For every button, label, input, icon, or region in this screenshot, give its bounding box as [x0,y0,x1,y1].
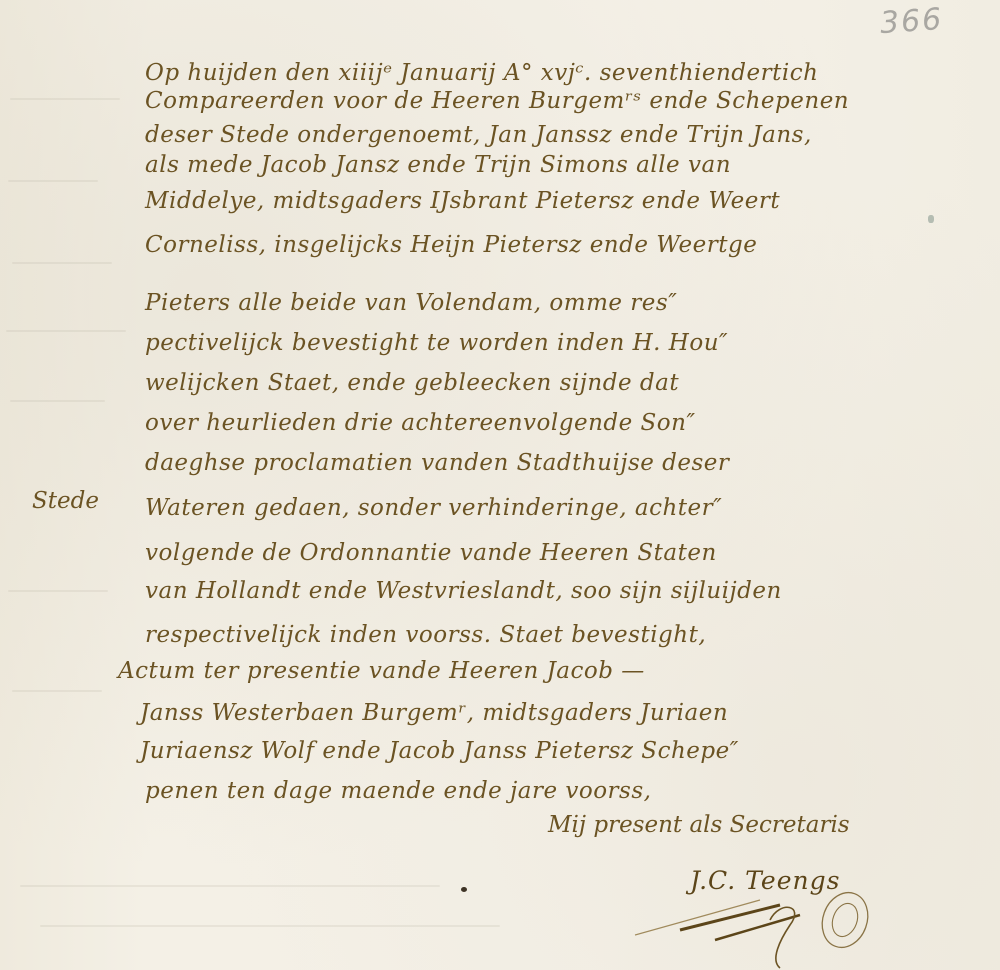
manuscript-line: Actum ter presentie vande Heeren Jacob — [118,658,645,684]
manuscript-page: 366 Stede Op huijden den xiiijᵉ Januarij… [0,0,1000,970]
paper-bleed-through [10,98,120,100]
manuscript-line: Corneliss, insgelijcks Heijn Pietersz en… [145,232,757,258]
paper-bleed-through [20,885,440,887]
paper-bleed-through [8,180,98,182]
manuscript-line: Compareerden voor de Heeren Burgemʳˢ end… [145,88,849,114]
manuscript-line: Pieters alle beide van Volendam, omme re… [145,290,677,316]
manuscript-line: pectivelijck bevestight te worden inden … [145,330,728,356]
manuscript-line: Wateren gedaen, sonder verhinderinge, ac… [145,495,722,521]
manuscript-line: volgende de Ordonnantie vande Heeren Sta… [145,540,717,566]
closing-attestation: Mij present als Secretaris [548,812,850,838]
manuscript-line: Op huijden den xiiijᵉ Januarij A° xvjᶜ. … [145,60,818,86]
manuscript-line: deser Stede ondergenoemt, Jan Janssz end… [145,122,812,148]
manuscript-line: van Hollandt ende Westvrieslandt, soo si… [145,578,782,604]
manuscript-line: penen ten dage maende ende jare voorss, [145,778,651,804]
manuscript-line: Juriaensz Wolf ende Jacob Janss Pietersz… [140,738,739,764]
manuscript-line: als mede Jacob Jansz ende Trijn Simons a… [145,152,731,178]
manuscript-line: over heurlieden drie achtereenvolgende S… [145,410,696,436]
paper-bleed-through [12,262,112,264]
margin-note: Stede [32,488,99,514]
paper-bleed-through [6,330,126,332]
paper-bleed-through [12,690,102,692]
paper-stain [928,215,934,223]
ink-blot [461,887,467,892]
manuscript-line: welijcken Staet, ende gebleecken sijnde … [145,370,679,396]
paper-bleed-through [40,925,500,927]
manuscript-line: respectivelijck inden voorss. Staet beve… [145,622,706,648]
signature-flourish-icon [630,880,890,970]
manuscript-line: daeghse proclamatien vanden Stadthuijse … [145,450,729,476]
manuscript-line: Janss Westerbaen Burgemʳ, midtsgaders Ju… [140,700,728,726]
manuscript-line: Middelye, midtsgaders IJsbrant Pietersz … [145,188,780,214]
paper-bleed-through [10,400,105,402]
folio-number: 366 [879,2,945,41]
paper-bleed-through [8,590,108,592]
